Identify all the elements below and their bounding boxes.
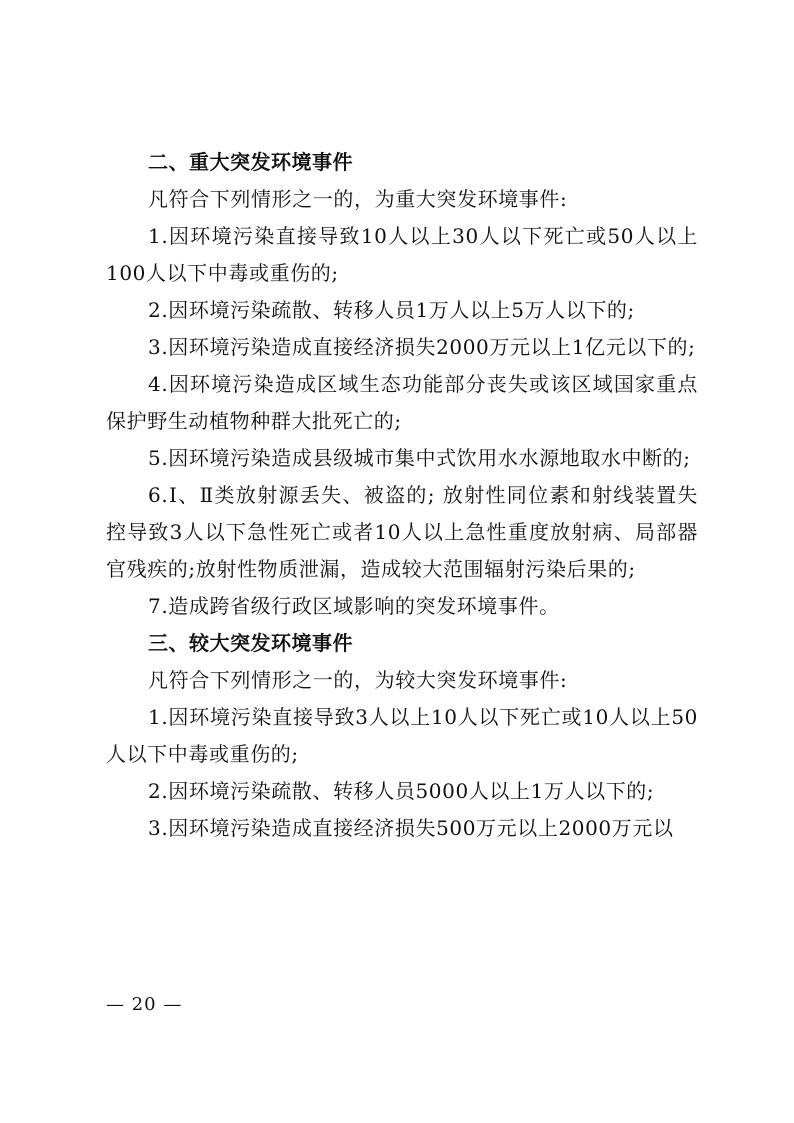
list-item: 3.因环境污染造成直接经济损失500万元以上2000万元以 [106,810,698,847]
list-item: 1.因环境污染直接导致3人以上10人以下死亡或10人以上50人以下中毒或重伤的; [106,699,698,773]
list-item: 3.因环境污染造成直接经济损失2000万元以上1亿元以下的; [106,329,698,366]
section-heading-major: 二、重大突发环境事件 [106,144,698,181]
section-intro-major: 凡符合下列情形之一的，为重大突发环境事件: [106,181,698,218]
list-item: 1.因环境污染直接导致10人以上30人以下死亡或50人以上100人以下中毒或重伤… [106,218,698,292]
document-page: 二、重大突发环境事件 凡符合下列情形之一的，为重大突发环境事件: 1.因环境污染… [106,144,698,847]
section-intro-significant: 凡符合下列情形之一的，为较大突发环境事件: [106,662,698,699]
list-item: 5.因环境污染造成县级城市集中式饮用水水源地取水中断的; [106,440,698,477]
section-heading-significant: 三、较大突发环境事件 [106,625,698,662]
list-item: 4.因环境污染造成区域生态功能部分丧失或该区域国家重点保护野生动植物种群大批死亡… [106,366,698,440]
list-item: 2.因环境污染疏散、转移人员5000人以上1万人以下的; [106,773,698,810]
list-item: 2.因环境污染疏散、转移人员1万人以上5万人以下的; [106,292,698,329]
list-item: 7.造成跨省级行政区域影响的突发环境事件。 [106,588,698,625]
list-item: 6.Ⅰ、Ⅱ类放射源丢失、被盗的; 放射性同位素和射线装置失控导致3人以下急性死亡… [106,477,698,588]
page-number: — 20 — [106,994,182,1015]
